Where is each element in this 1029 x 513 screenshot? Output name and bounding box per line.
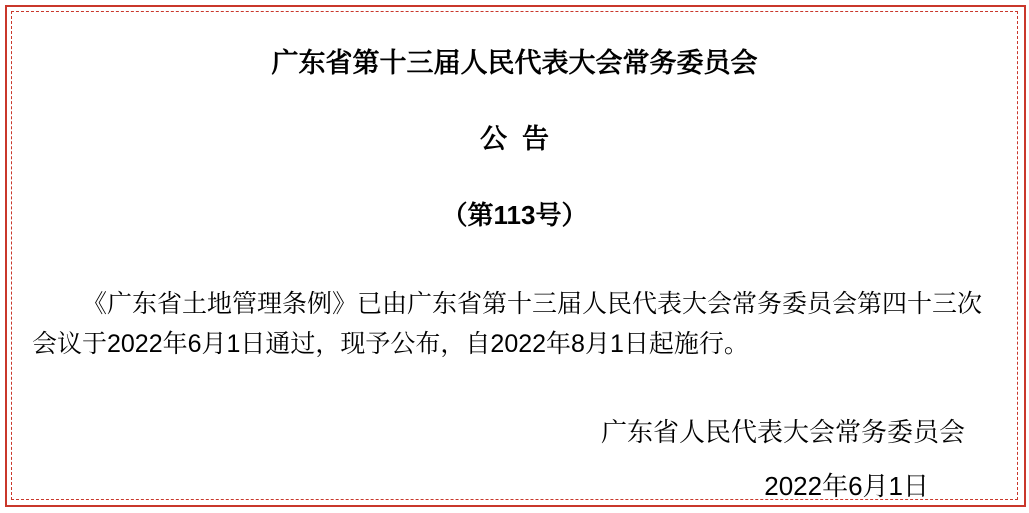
page-inner-dashed-border: 广东省第十三届人民代表大会常务委员会 公 告 （第113号） 《广东省土地管理条… <box>11 11 1018 500</box>
document-title: 广东省第十三届人民代表大会常务委员会 <box>32 46 997 80</box>
page-outer-border: 广东省第十三届人民代表大会常务委员会 公 告 （第113号） 《广东省土地管理条… <box>5 5 1026 507</box>
signature-line: 广东省人民代表大会常务委员会 <box>32 416 997 448</box>
date-line: 2022年6月1日 <box>32 470 997 502</box>
notice-heading: 公 告 <box>32 122 997 156</box>
body-paragraph: 《广东省土地管理条例》已由广东省第十三届人民代表大会常务委员会第四十三次会议于2… <box>32 284 997 364</box>
document-number: （第113号） <box>32 198 997 232</box>
